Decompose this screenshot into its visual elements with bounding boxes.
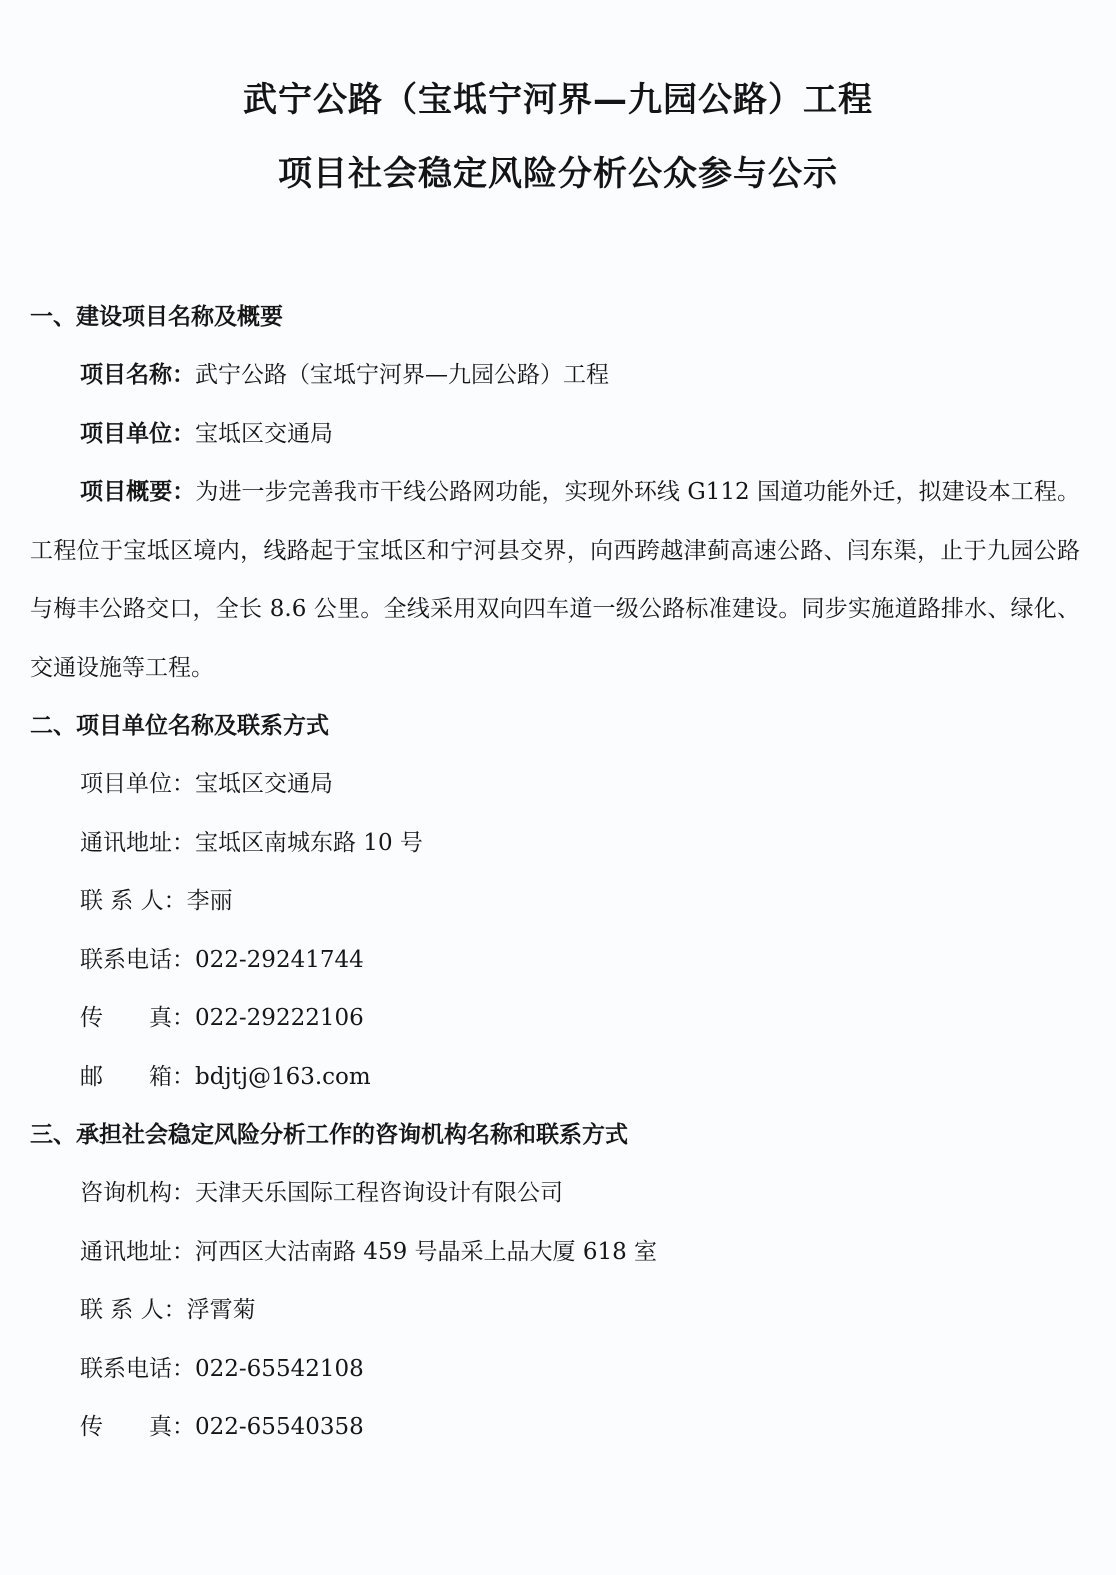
document-title-line2: 项目社会稳定风险分析公众参与公示 [0, 146, 1116, 195]
section3-item: 联系电话：022-65542108 [80, 1354, 364, 1384]
project-name-row: 项目名称：武宁公路（宝坻宁河界—九园公路）工程 [80, 360, 609, 390]
project-name-label: 项目名称： [80, 362, 195, 388]
section3-item: 咨询机构：天津天乐国际工程咨询设计有限公司 [80, 1178, 563, 1208]
item-label: 联系电话： [80, 1356, 195, 1382]
section2-item: 通讯地址：宝坻区南城东路 10 号 [80, 828, 423, 858]
section2-item: 联 系 人：李丽 [80, 886, 233, 916]
section2-item: 邮 箱：bdjtj@163.com [80, 1062, 371, 1092]
item-value: 022-65542108 [195, 1356, 364, 1382]
project-summary-label: 项目概要： [80, 479, 195, 505]
item-value: 天津天乐国际工程咨询设计有限公司 [195, 1180, 563, 1206]
item-label: 传 真： [80, 1005, 195, 1031]
project-unit-row: 项目单位：宝坻区交通局 [80, 419, 333, 449]
item-value: 022-65540358 [195, 1414, 364, 1440]
section3-item: 联 系 人：浮霄菊 [80, 1295, 256, 1325]
item-label: 联 系 人： [80, 888, 187, 914]
section3-item: 通讯地址：河西区大沽南路 459 号晶采上品大厦 618 室 [80, 1237, 657, 1267]
item-label: 咨询机构： [80, 1180, 195, 1206]
project-summary-paragraph: 项目概要：为进一步完善我市干线公路网功能，实现外环线 G112 国道功能外迁，拟… [30, 463, 1080, 697]
document-page: 武宁公路（宝坻宁河界—九园公路）工程 项目社会稳定风险分析公众参与公示 一、建设… [0, 0, 1116, 1575]
item-value: 022-29222106 [195, 1005, 364, 1031]
project-summary-text: 为进一步完善我市干线公路网功能，实现外环线 G112 国道功能外迁，拟建设本工程… [30, 479, 1080, 681]
item-value: 李丽 [187, 888, 233, 914]
project-unit-value: 宝坻区交通局 [195, 421, 333, 447]
section3-item: 传 真：022-65540358 [80, 1412, 364, 1442]
email-value: bdjtj@163.com [195, 1064, 371, 1090]
item-value: 河西区大沽南路 459 号晶采上品大厦 618 室 [195, 1239, 657, 1265]
project-name-value: 武宁公路（宝坻宁河界—九园公路）工程 [195, 362, 609, 388]
section2-heading: 二、项目单位名称及联系方式 [30, 711, 329, 741]
item-label: 联系电话： [80, 947, 195, 973]
item-value: 宝坻区交通局 [195, 771, 333, 797]
section1-heading: 一、建设项目名称及概要 [30, 302, 283, 332]
item-value: 宝坻区南城东路 10 号 [195, 830, 423, 856]
item-label: 项目单位： [80, 771, 195, 797]
item-value: 浮霄菊 [187, 1297, 256, 1323]
item-label: 通讯地址： [80, 830, 195, 856]
project-unit-label: 项目单位： [80, 421, 195, 447]
section2-item: 联系电话：022-29241744 [80, 945, 364, 975]
document-title-line1: 武宁公路（宝坻宁河界—九园公路）工程 [0, 72, 1116, 121]
item-label: 联 系 人： [80, 1297, 187, 1323]
item-label: 邮 箱： [80, 1064, 195, 1090]
item-value: 022-29241744 [195, 947, 364, 973]
item-label: 通讯地址： [80, 1239, 195, 1265]
section3-heading: 三、承担社会稳定风险分析工作的咨询机构名称和联系方式 [30, 1120, 628, 1150]
section2-item: 项目单位：宝坻区交通局 [80, 769, 333, 799]
item-label: 传 真： [80, 1414, 195, 1440]
section2-item: 传 真：022-29222106 [80, 1003, 364, 1033]
